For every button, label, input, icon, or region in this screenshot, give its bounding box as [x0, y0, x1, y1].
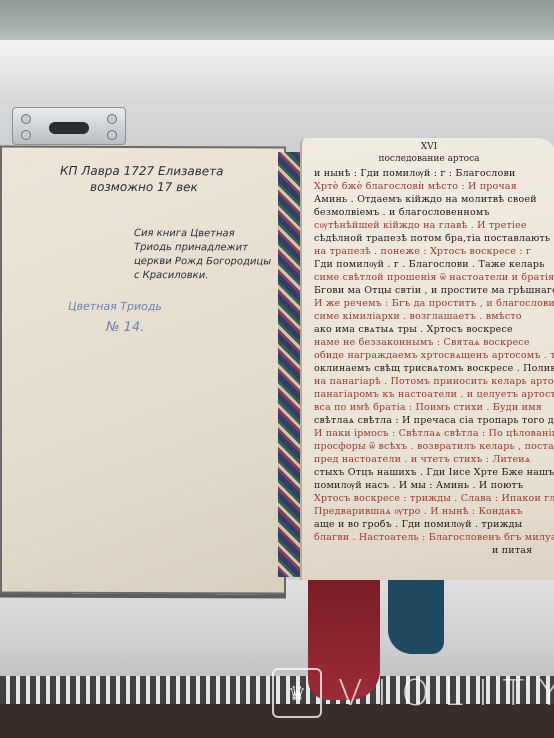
text-line: благви . Настоатель : Благословенъ бгъ м… — [314, 532, 554, 543]
text-line: аще и во гробъ . Гди помилѹй . трижды — [314, 519, 522, 530]
text-line: и питая — [492, 545, 532, 556]
window-frame — [0, 40, 554, 106]
text-line: Бгови ма Отцы свтіи , и простите ма грѣш… — [314, 285, 554, 296]
pencil-note-number: № 14. — [106, 320, 144, 335]
text-line: оклинаемъ свѣщ трисвѧтомъ воскресе . Пол… — [314, 363, 554, 374]
screw-icon — [21, 114, 31, 124]
text-line: просфоры ѿ всѣхъ . возвратилъ келарь , п… — [314, 441, 554, 452]
text-line: стыхъ Отцъ нашихъ . Гди Іисе Хрте Бже на… — [314, 467, 554, 478]
text-line: И паки ірмосъ : Свѣтлаѧ свѣтла : По цѣло… — [314, 428, 554, 439]
text-line: Гди помилѹй . г . Благослови . Таже кела… — [314, 259, 545, 270]
handwritten-note: возможно 17 век — [90, 180, 198, 194]
text-line: симе свѣтлой прошенія ѿ настоатели и бра… — [314, 272, 554, 283]
book-page: XVI последование артоса и нынѣ : Гди пом… — [300, 138, 554, 580]
text-line: обиде награждаемъ хртосвѧщенъ артосомъ .… — [314, 350, 554, 361]
screw-icon — [107, 114, 117, 124]
text-line: пред настоатели . и чтетъ стихъ : Литеиѧ — [314, 454, 531, 465]
page-heading: последование артоса — [302, 154, 554, 164]
pencil-note-title: Цветная Триодь — [68, 300, 162, 313]
text-line: вса по имѣ братіа : Поимъ стихи . Буди и… — [314, 402, 542, 413]
latch-slot — [49, 122, 89, 134]
text-line: И же речемъ : Бгъ да проститъ , и благос… — [314, 298, 554, 309]
text-line: на панагіарѣ . Потомъ приносить келарь а… — [314, 376, 554, 387]
handwritten-note: КП Лавра 1727 Елизавета — [60, 164, 224, 179]
blue-bookmark-ribbon — [388, 580, 444, 654]
text-line: и нынѣ : Гди помилѹй : г : Благослови — [314, 168, 516, 179]
text-line: свѣтлаѧ свѣтла : И пречаса сіа тропарь т… — [314, 415, 554, 426]
text-line: сѹтѣнѣйшей кійждо на главѣ . И третіее — [314, 220, 527, 231]
text-line: ако има свѧтыѧ тры . Хртосъ воскресе — [314, 324, 513, 335]
watermark: ♛ VIOLITY — [272, 668, 554, 718]
text-line: Аминь . Отдаемъ кійждо на молитвѣ своей — [314, 194, 537, 205]
crown-icon: ♛ — [272, 668, 322, 718]
text-line: сѣдѣлной трапезѣ потом бра,тіа поставлаю… — [314, 233, 550, 244]
book-inner-cover: КП Лавра 1727 Елизавета возможно 17 век … — [0, 146, 286, 595]
text-line: наме не беззаконнымъ : Святаѧ воскресе — [314, 337, 530, 348]
text-line: Предварившаѧ ѹтро . И нынѣ : Кондакъ — [314, 506, 523, 517]
text-line: безмолвіемъ . и благословенномъ — [314, 207, 490, 218]
window-latch — [12, 107, 126, 145]
handwritten-note: с Красиловки. — [134, 270, 208, 281]
page-number: XVI — [302, 142, 554, 152]
watermark-text: VIOLITY — [338, 673, 554, 714]
handwritten-note: Сия книга Цветная — [134, 228, 235, 239]
screw-icon — [107, 130, 117, 140]
text-line: на трапезѣ . понеже : Хртосъ воскресе : … — [314, 246, 531, 257]
handwritten-note: Триодь принадлежит — [134, 242, 248, 253]
screw-icon — [21, 130, 31, 140]
handwritten-note: церкви Рожд Богородицы — [134, 256, 271, 267]
text-line: панагіаромъ къ настоатели . и целуетъ ар… — [314, 389, 554, 400]
text-line: помилѹй насъ . И мы : Аминь . И поютъ — [314, 480, 523, 491]
text-line: Хртосъ воскресе : трижды . Слава : Ипако… — [314, 493, 554, 504]
text-line: симе кімиліархи . возглашаетъ . вмѣсто — [314, 311, 522, 322]
text-line: Хртѐ бжѐ благословѝ мѣсто : И прочая — [314, 181, 517, 192]
